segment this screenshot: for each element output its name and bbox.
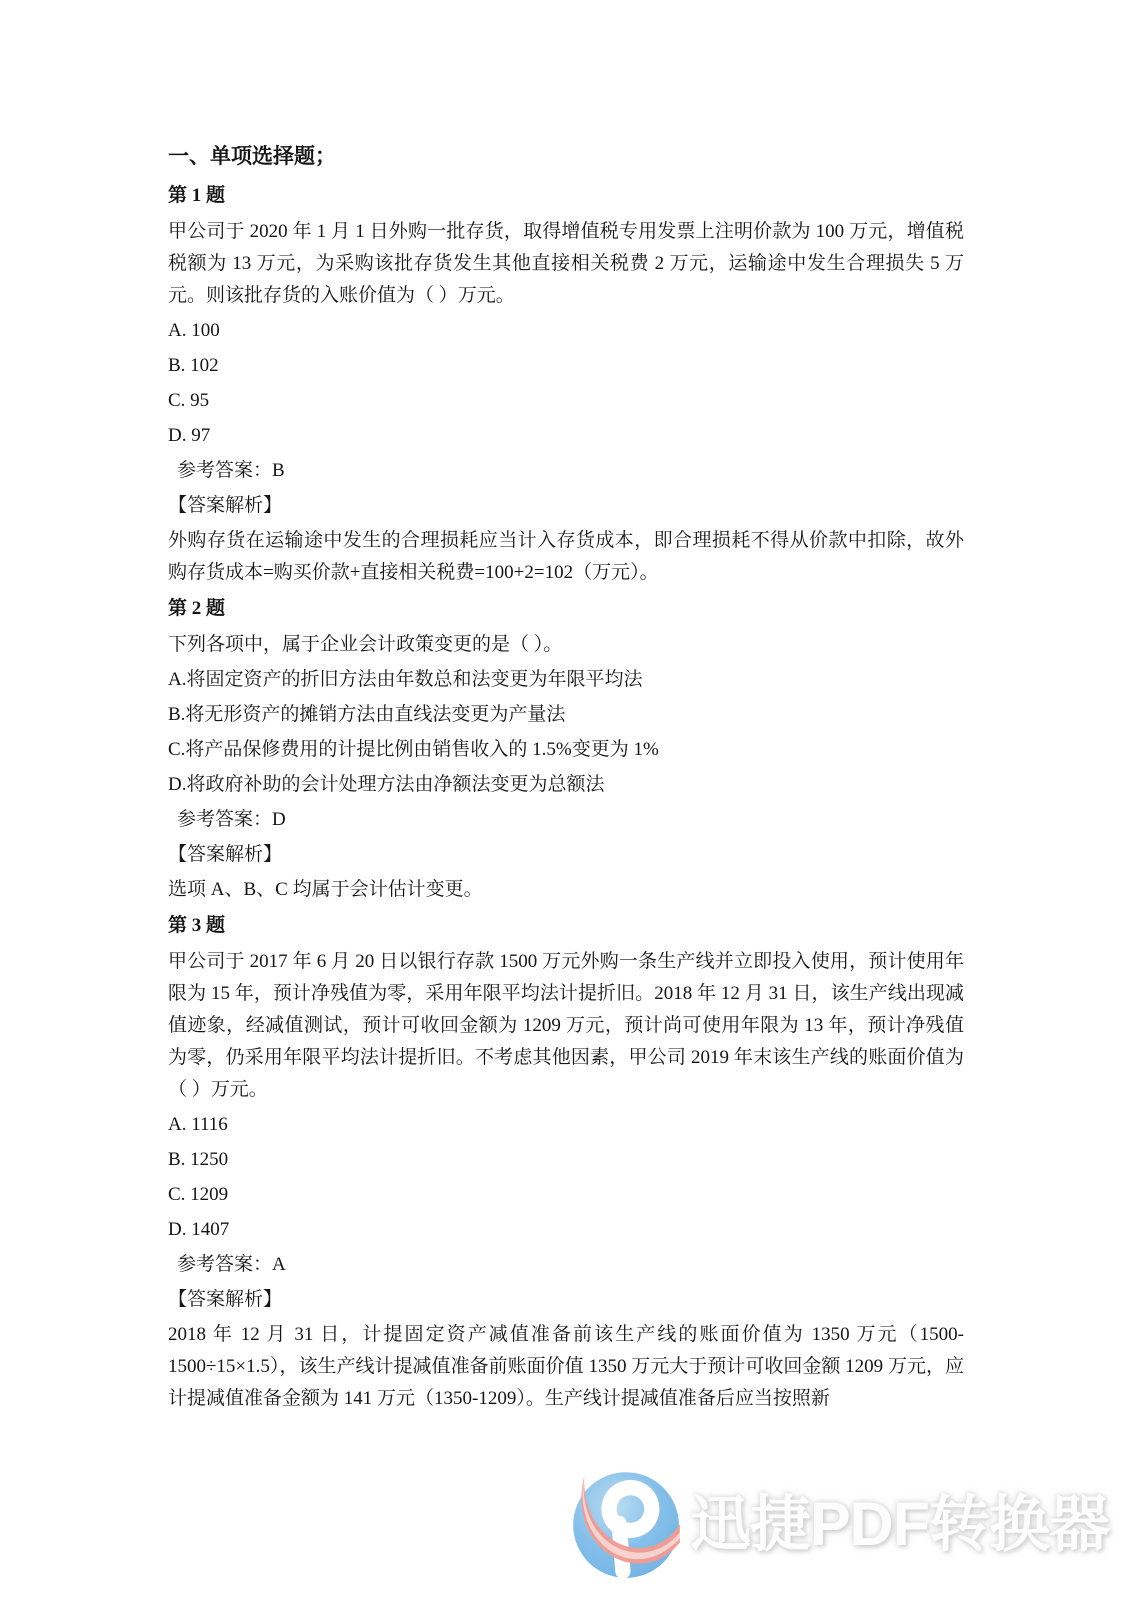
option-item: B.将无形资产的摊销方法由直线法变更为产量法 [168,699,964,731]
option-item: A. 100 [168,315,964,347]
answer-prefix: 参考答案： [177,809,272,830]
analysis-text: 2018 年 12 月 31 日，计提固定资产减值准备前该生产线的账面价值为 1… [168,1319,964,1415]
question-block: 第 2 题 下列各项中，属于企业会计政策变更的是（ ）。 A.将固定资产的折旧方… [168,593,964,906]
pdf-converter-logo-icon [568,1457,680,1583]
answer-prefix: 参考答案： [177,1254,272,1275]
question-number: 第 1 题 [168,180,964,212]
option-item: C. 1209 [168,1179,964,1211]
answer-value: D [272,809,286,830]
watermark-text: 迅捷PDF转换器 [690,1476,1109,1563]
analysis-header: 【答案解析】 [168,490,964,522]
section-title: 一、单项选择题； [168,140,964,172]
exam-content: 一、单项选择题； 第 1 题 甲公司于 2020 年 1 月 1 日外购一批存货… [168,140,964,1418]
analysis-header: 【答案解析】 [168,839,964,871]
option-item: D.将政府补助的会计处理方法由净额法变更为总额法 [168,769,964,801]
option-item: C.将产品保修费用的计提比例由销售收入的 1.5%变更为 1% [168,734,964,766]
question-number: 第 2 题 [168,593,964,625]
question-number: 第 3 题 [168,910,964,942]
watermark: 迅捷PDF转换器 [568,1452,1098,1587]
analysis-text: 选项 A、B、C 均属于会计估计变更。 [168,874,964,906]
analysis-header: 【答案解析】 [168,1284,964,1316]
document-page: 一、单项选择题； 第 1 题 甲公司于 2020 年 1 月 1 日外购一批存货… [0,0,1131,1600]
answer-prefix: 参考答案： [177,460,272,481]
answer-line: 参考答案：D [168,804,964,836]
option-item: B. 1250 [168,1144,964,1176]
answer-line: 参考答案：A [168,1249,964,1281]
answer-value: A [272,1254,286,1275]
option-item: C. 95 [168,385,964,417]
analysis-text: 外购存货在运输途中发生的合理损耗应当计入存货成本，即合理损耗不得从价款中扣除，故… [168,525,964,589]
answer-line: 参考答案：B [168,455,964,487]
question-stem: 甲公司于 2020 年 1 月 1 日外购一批存货，取得增值税专用发票上注明价款… [168,216,964,312]
question-block: 第 3 题 甲公司于 2017 年 6 月 20 日以银行存款 1500 万元外… [168,910,964,1415]
option-item: D. 97 [168,420,964,452]
option-item: A. 1116 [168,1109,964,1141]
option-item: A.将固定资产的折旧方法由年数总和法变更为年限平均法 [168,664,964,696]
option-item: D. 1407 [168,1214,964,1246]
option-item: B. 102 [168,350,964,382]
question-stem: 甲公司于 2017 年 6 月 20 日以银行存款 1500 万元外购一条生产线… [168,946,964,1106]
question-stem: 下列各项中，属于企业会计政策变更的是（ ）。 [168,629,964,661]
question-block: 第 1 题 甲公司于 2020 年 1 月 1 日外购一批存货，取得增值税专用发… [168,180,964,589]
answer-value: B [272,460,285,481]
